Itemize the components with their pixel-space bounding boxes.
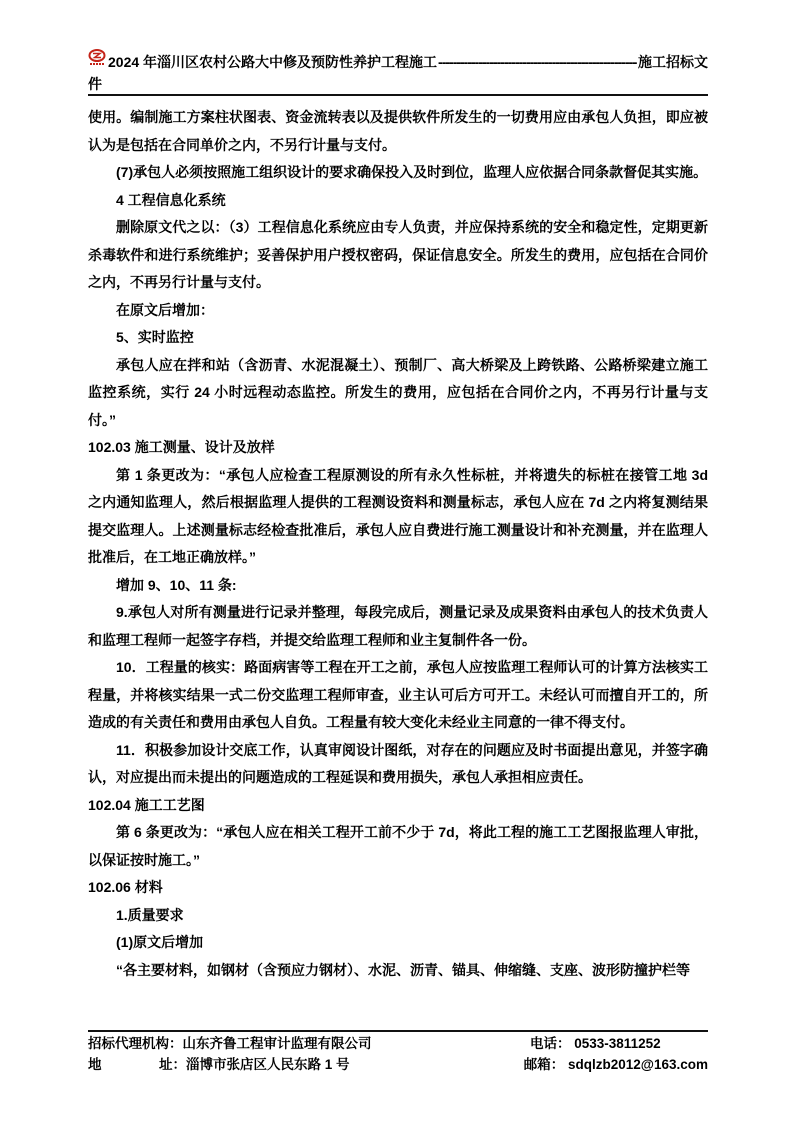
agency-logo-icon	[88, 49, 106, 72]
section-heading: 102.03 施工测量、设计及放样	[88, 434, 708, 462]
header-doc-type-wrap: 件	[88, 74, 708, 94]
paragraph: 使用。编制施工方案柱状图表、资金流转表以及提供软件所发生的一切费用应由承包人负担…	[88, 104, 708, 159]
paragraph: (7)承包人必须按照施工组织设计的要求确保投入及时到位，监理人应依据合同条款督促…	[88, 159, 708, 187]
paragraph: 删除原文代之以：（3）工程信息化系统应由专人负责，并应保持系统的安全和稳定性，定…	[88, 214, 708, 297]
email-value: sdqlzb2012@163.com	[568, 1057, 708, 1072]
paragraph: 增加 9、10、11 条:	[88, 572, 708, 600]
footer-row-agency: 招标代理机构： 山东齐鲁工程审计监理有限公司 电话： 0533-3811252	[88, 1033, 708, 1054]
paragraph: (1)原文后增加	[88, 929, 708, 957]
address-value: 淄博市张店区人民东路 1 号	[186, 1054, 350, 1075]
phone-label: 电话：	[530, 1036, 571, 1051]
document-page: 2024 年淄川区农村公路大中修及预防性养护工程施工 -------------…	[0, 0, 793, 1122]
paragraph: 第 6 条更改为：“承包人应在相关工程开工前不少于 7d，将此工程的施工工艺图报…	[88, 819, 708, 874]
paragraph: “各主要材料，如钢材（含预应力钢材）、水泥、沥青、锚具、伸缩缝、支座、波形防撞护…	[88, 957, 708, 985]
header-doc-type: 施工招标文	[638, 52, 708, 72]
paragraph: 在原文后增加：	[88, 297, 708, 325]
address-label: 地 址：	[88, 1054, 186, 1075]
footer-row-address: 地 址： 淄博市张店区人民东路 1 号 邮箱： sdqlzb2012@163.c…	[88, 1054, 708, 1075]
page-footer: 招标代理机构： 山东齐鲁工程审计监理有限公司 电话： 0533-3811252 …	[88, 1033, 708, 1075]
paragraph: 11．积极参加设计交底工作，认真审阅设计图纸，对存在的问题应及时书面提出意见，并…	[88, 737, 708, 792]
section-heading: 102.06 材料	[88, 874, 708, 902]
paragraph: 5、实时监控	[88, 324, 708, 352]
paragraph: 10．工程量的核实：路面病害等工程在开工之前，承包人应按监理工程师认可的计算方法…	[88, 654, 708, 737]
paragraph: 承包人应在拌和站（含沥青、水泥混凝土）、预制厂、高大桥梁及上跨铁路、公路桥梁建立…	[88, 352, 708, 435]
paragraph: 9.承包人对所有测量进行记录并整理，每段完成后，测量记录及成果资料由承包人的技术…	[88, 599, 708, 654]
paragraph: 1.质量要求	[88, 902, 708, 930]
header-divider	[88, 94, 708, 96]
agency-label: 招标代理机构：	[88, 1033, 183, 1054]
footer-divider	[88, 1030, 708, 1032]
document-body: 使用。编制施工方案柱状图表、资金流转表以及提供软件所发生的一切费用应由承包人负担…	[88, 104, 708, 984]
agency-name: 山东齐鲁工程审计监理有限公司	[183, 1033, 372, 1054]
email-label: 邮箱：	[524, 1057, 565, 1072]
paragraph: 4 工程信息化系统	[88, 187, 708, 215]
page-header: 2024 年淄川区农村公路大中修及预防性养护工程施工 -------------…	[88, 50, 708, 94]
header-dash-leader: ----------------------------------------…	[438, 52, 637, 72]
section-heading: 102.04 施工工艺图	[88, 792, 708, 820]
paragraph: 第 1 条更改为：“承包人应检查工程原测设的所有永久性标桩，并将遗失的标桩在接管…	[88, 462, 708, 572]
phone-number: 0533-3811252	[574, 1036, 660, 1051]
header-project-title: 2024 年淄川区农村公路大中修及预防性养护工程施工	[108, 52, 437, 72]
